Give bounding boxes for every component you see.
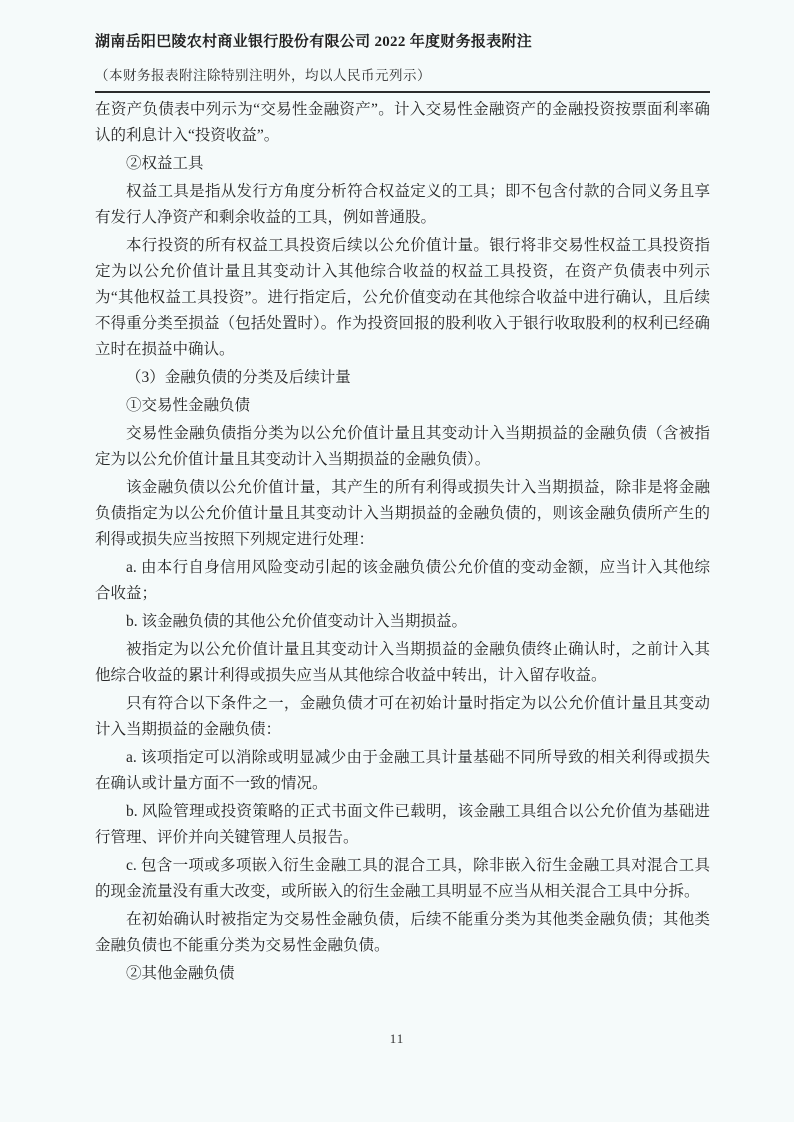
paragraph-equity-measurement: 本行投资的所有权益工具投资后续以公允价值计量。银行将非交易性权益工具投资指定为以… [95,233,710,363]
list-item-c-hybrid-instrument: c. 包含一项或多项嵌入衍生金融工具的混合工具，除非嵌入衍生金融工具对混合工具的… [95,853,710,905]
list-item-a-eliminate-mismatch: a. 该项指定可以消除或明显减少由于金融工具计量基础不同所导致的相关利得或损失在… [95,745,710,797]
paragraph-trading-liabilities-definition: 交易性金融负债指分类为以公允价值计量且其变动计入当期损益的金融负债（含被指定为以… [95,421,710,473]
heading-financial-liabilities-classification: （3）金融负债的分类及后续计量 [95,365,710,391]
paragraph-fair-value-measurement: 该金融负债以公允价值计量，其产生的所有利得或损失计入当期损益，除非是将金融负债指… [95,475,710,553]
list-item-b-risk-management: b. 风险管理或投资策略的正式书面文件已载明，该金融工具组合以公允价值为基础进行… [95,799,710,851]
document-page: 湖南岳阳巴陵农村商业银行股份有限公司 2022 年度财务报表附注 （本财务报表附… [0,0,794,1122]
paragraph-trading-financial-assets: 在资产负债表中列示为“交易性金融资产”。计入交易性金融资产的金融投资按票面利率确… [95,97,710,149]
paragraph-derecognition: 被指定为以公允价值计量且其变动计入当期损益的金融负债终止确认时，之前计入其他综合… [95,637,710,689]
paragraph-equity-definition: 权益工具是指从发行方角度分析符合权益定义的工具；即不包含付款的合同义务且享有发行… [95,179,710,231]
document-body: 在资产负债表中列示为“交易性金融资产”。计入交易性金融资产的金融投资按票面利率确… [95,97,710,987]
heading-trading-financial-liabilities: ①交易性金融负债 [95,393,710,419]
document-subtitle: （本财务报表附注除特别注明外，均以人民币元列示） [95,64,710,93]
document-title: 湖南岳阳巴陵农村商业银行股份有限公司 2022 年度财务报表附注 [95,30,710,51]
heading-equity-instruments: ②权益工具 [95,151,710,177]
page-number: 11 [390,1031,405,1046]
heading-other-financial-liabilities: ②其他金融负债 [95,961,710,987]
paragraph-designation-conditions: 只有符合以下条件之一，金融负债才可在初始计量时指定为以公允价值计量且其变动计入当… [95,691,710,743]
list-item-a-credit-risk: a. 由本行自身信用风险变动引起的该金融负债公允价值的变动金额，应当计入其他综合… [95,555,710,607]
page-header: 湖南岳阳巴陵农村商业银行股份有限公司 2022 年度财务报表附注 （本财务报表附… [95,30,710,93]
paragraph-no-reclassification: 在初始确认时被指定为交易性金融负债，后续不能重分类为其他类金融负债；其他类金融负… [95,907,710,959]
list-item-b-other-fair-value-changes: b. 该金融负债的其他公允价值变动计入当期损益。 [95,609,710,635]
page-footer: 11 [0,1030,794,1048]
